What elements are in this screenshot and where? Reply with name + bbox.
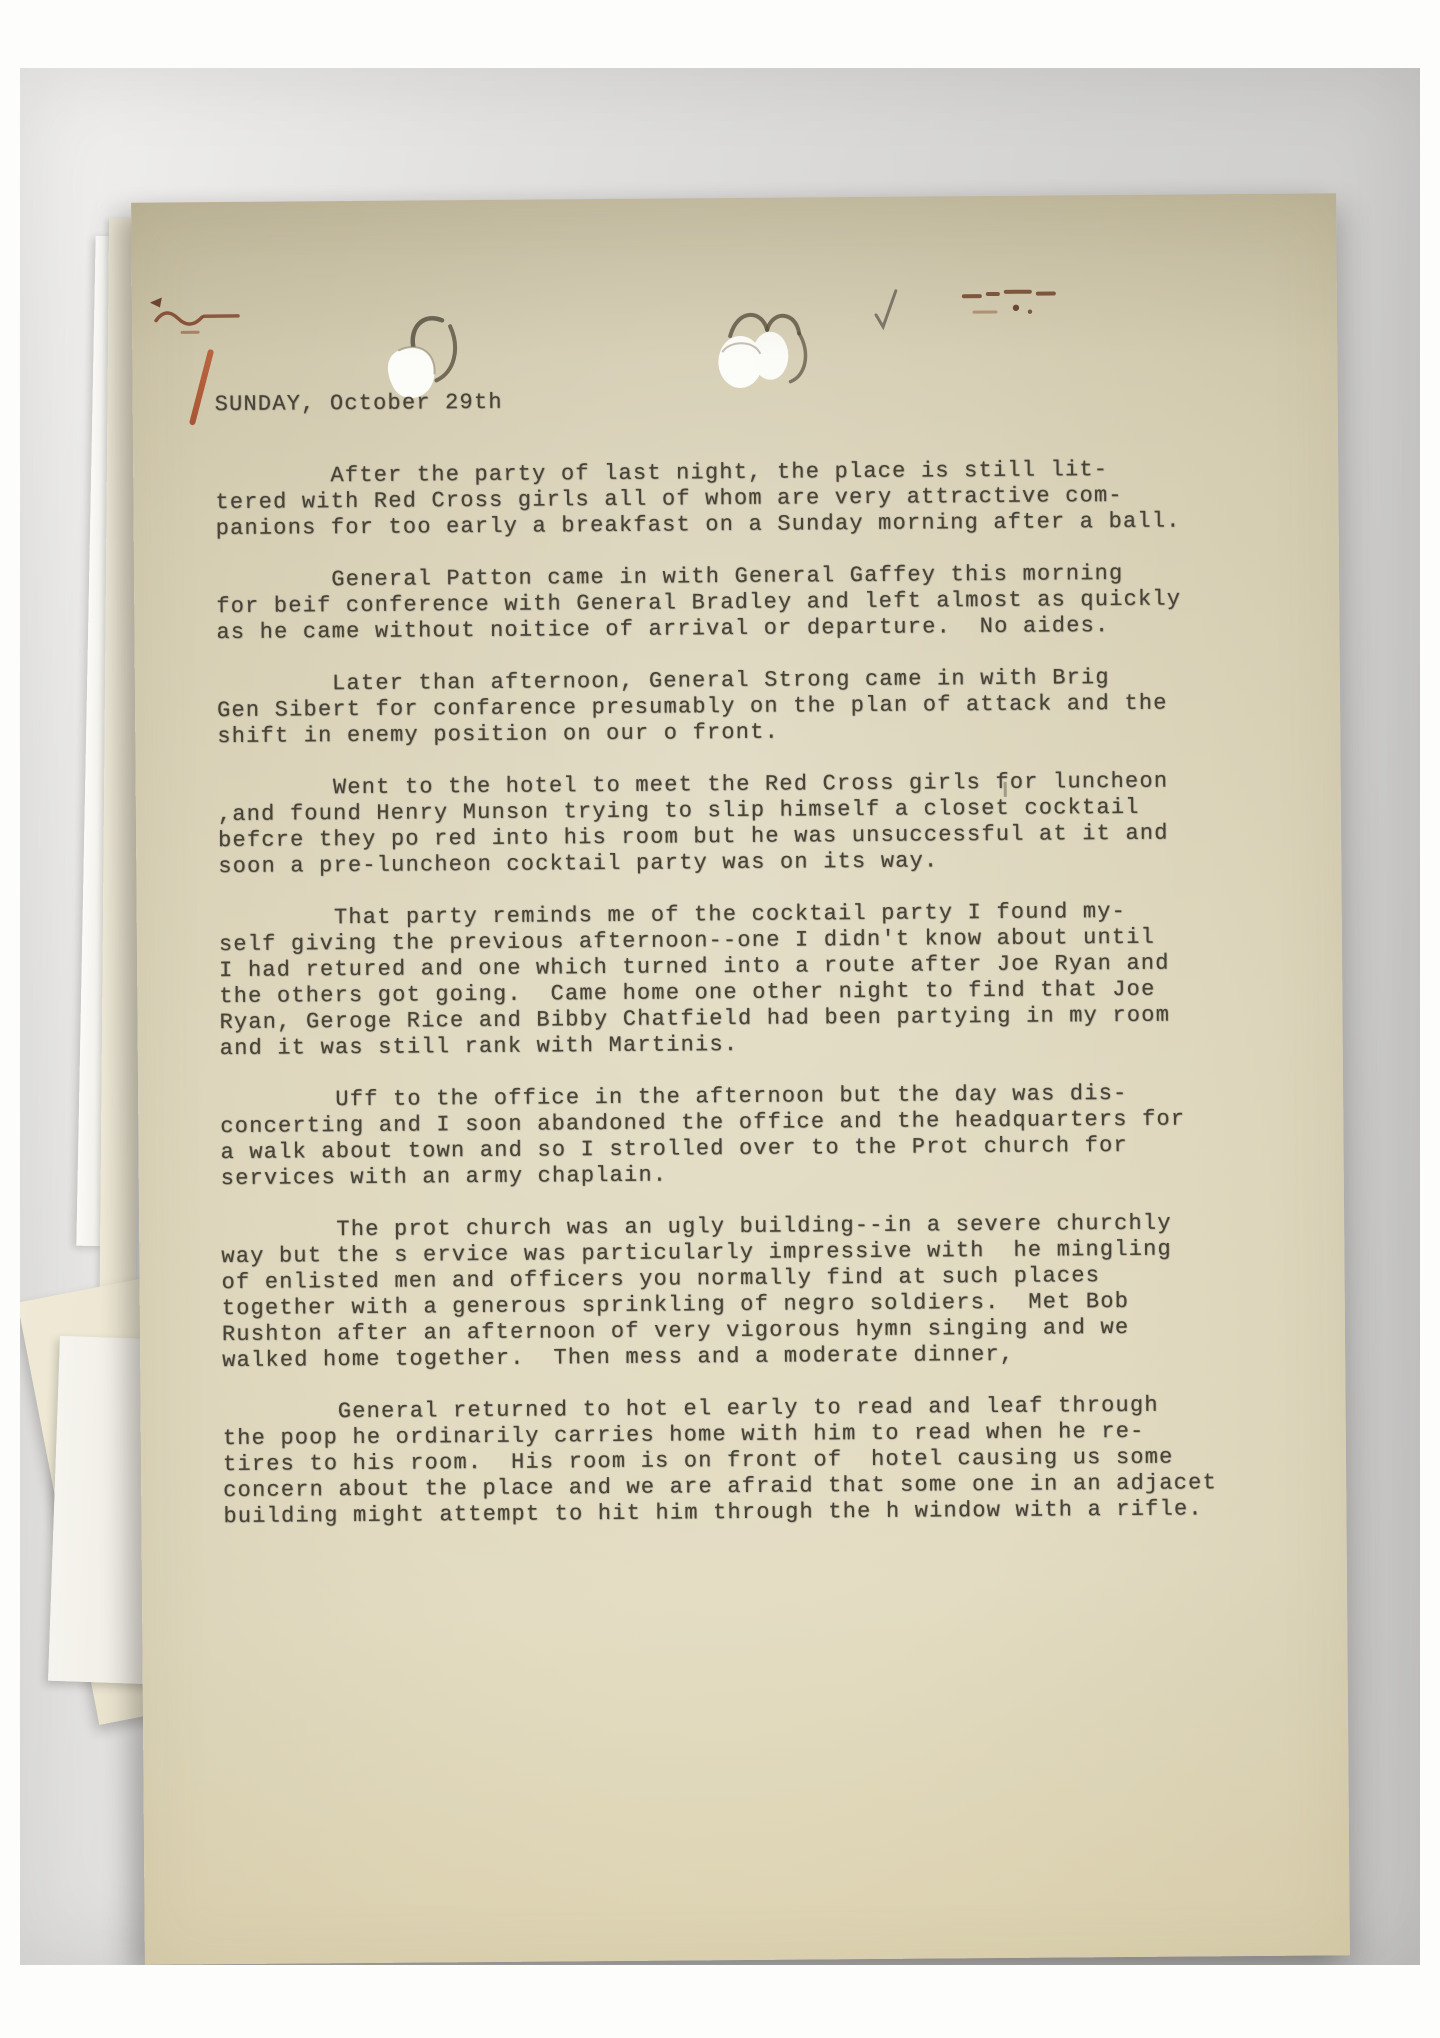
diary-paragraph-4: Went to the hotel to meet the Red Cross … bbox=[218, 768, 1282, 880]
date-heading: SUNDAY, October 29th bbox=[215, 384, 1278, 418]
diary-paragraph-7: The prot church was an ugly building--in… bbox=[221, 1210, 1285, 1374]
typed-text-block: SUNDAY, October 29th After the party of … bbox=[131, 193, 1346, 1530]
diary-paragraph-2: General Patton came in with General Gaff… bbox=[216, 560, 1280, 646]
diary-paragraph-3: Later than afternoon, General Strong cam… bbox=[217, 664, 1281, 750]
document-page: SUNDAY, October 29th After the party of … bbox=[131, 193, 1350, 1964]
diary-paragraph-1: After the party of last night, the place… bbox=[215, 456, 1279, 542]
photo-backdrop: SUNDAY, October 29th After the party of … bbox=[20, 68, 1420, 1965]
diary-paragraph-5: That party reminds me of the cocktail pa… bbox=[219, 898, 1283, 1062]
diary-paragraph-8: General returned to hot el early to read… bbox=[223, 1392, 1287, 1530]
diary-paragraph-6: Uff to the office in the afternoon but t… bbox=[220, 1080, 1284, 1192]
